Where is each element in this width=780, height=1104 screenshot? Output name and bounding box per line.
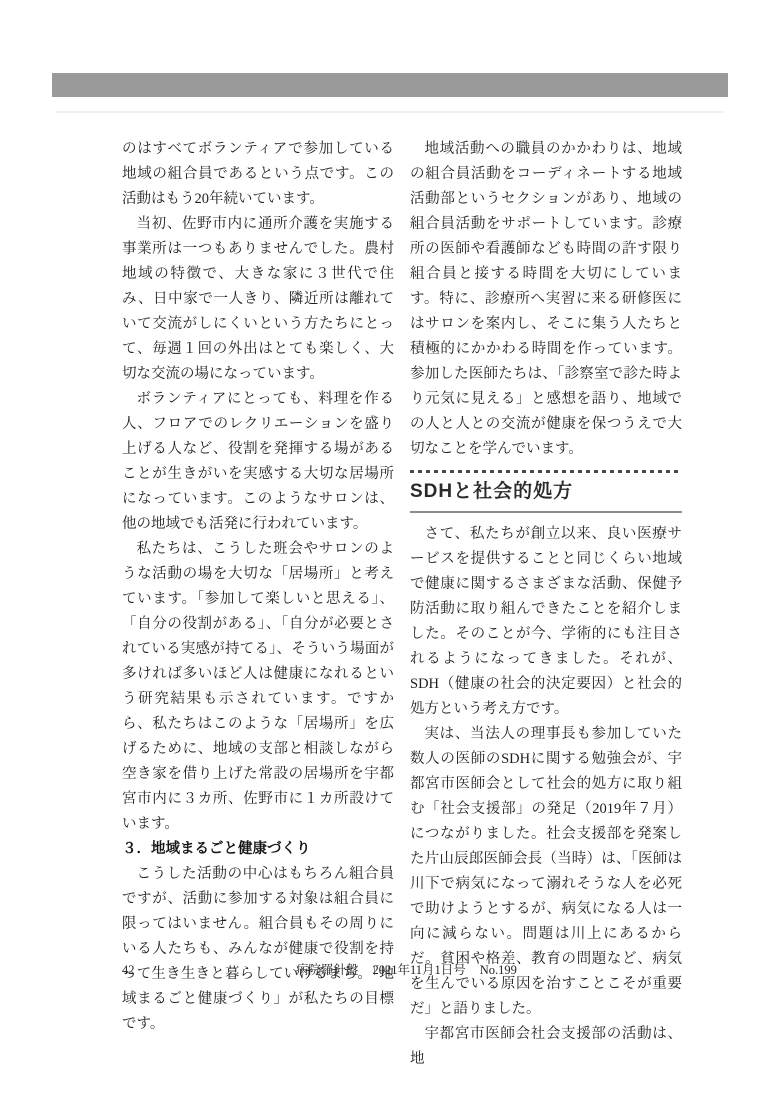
journal-issue: 2021年11月1日号: [372, 963, 465, 977]
paragraph: ボランティアにとっても、料理を作る人、フロアでのレクリエーションを盛り上げる人な…: [122, 387, 394, 537]
page-number: 42: [122, 960, 135, 980]
header-faint-rule: [56, 111, 724, 113]
paragraph: のはすべてボランティアで参加している地域の組合員であるという点です。この活動はも…: [122, 137, 394, 212]
right-column: 地域活動への職員のかかわりは、地域の組合員活動をコーディネートする地域活動部とい…: [410, 137, 682, 1072]
dotted-rule: [410, 470, 682, 473]
paragraph: こうした活動の中心はもちろん組合員ですが、活動に参加する対象は組合員に限ってはい…: [122, 862, 394, 1037]
journal-info: 病院羅針盤2021年11月1日号No.199: [296, 960, 517, 980]
journal-number: No.199: [480, 963, 517, 977]
page-footer: 42 病院羅針盤2021年11月1日号No.199: [122, 960, 682, 980]
paragraph: 宇都宮市医師会社会支援部の活動は、地: [410, 1022, 682, 1072]
heading-rule: [410, 511, 682, 513]
journal-title: 病院羅針盤: [296, 963, 359, 977]
paragraph: さて、私たちが創立以来、良い医療サービスを提供することと同じくらい地域で健康に関…: [410, 522, 682, 722]
subsection-heading: ３．地域まるごと健康づくり: [122, 837, 394, 862]
section-heading-block: SDHと社会的処方: [410, 470, 682, 513]
paragraph: 私たちは、こうした班会やサロンのような活動の場を大切な「居場所」と考えています。…: [122, 537, 394, 837]
paragraph: 当初、佐野市内に通所介護を実施する事業所は一つもありませんでした。農村地域の特徴…: [122, 212, 394, 387]
magazine-page: のはすべてボランティアで参加している地域の組合員であるという点です。この活動はも…: [0, 0, 780, 1104]
article-body: のはすべてボランティアで参加している地域の組合員であるという点です。この活動はも…: [122, 137, 682, 1072]
left-column: のはすべてボランティアで参加している地域の組合員であるという点です。この活動はも…: [122, 137, 394, 1072]
section-heading: SDHと社会的処方: [410, 480, 682, 504]
paragraph: 地域活動への職員のかかわりは、地域の組合員活動をコーディネートする地域活動部とい…: [410, 137, 682, 462]
header-bar: [52, 73, 728, 97]
